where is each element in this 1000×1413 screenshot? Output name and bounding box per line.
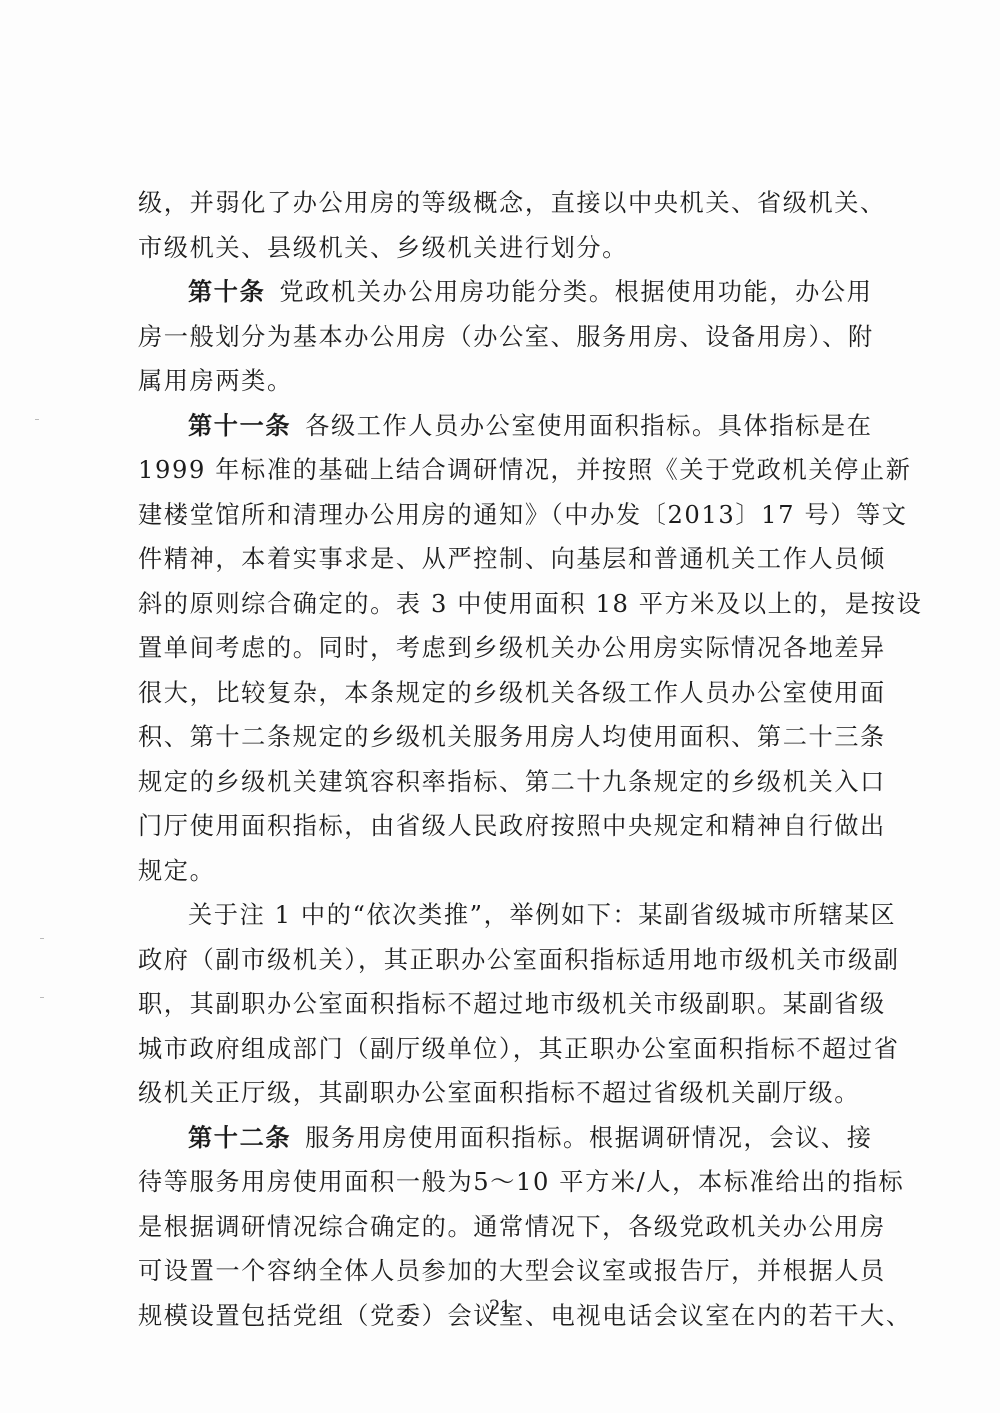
text-line: 待等服务用房使用面积一般为5～10 平方米/人，本标准给出的指标	[138, 1160, 864, 1205]
text-span: 服务用房使用面积指标。根据调研情况，会议、接	[305, 1124, 872, 1152]
text-line: 房一般划分为基本办公用房（办公室、服务用房、设备用房）、附	[138, 315, 864, 360]
scan-artifact	[40, 938, 44, 939]
text-line: 积、第十二条规定的乡级机关服务用房人均使用面积、第二十三条	[138, 715, 864, 760]
text-line: 规定的乡级机关建筑容积率指标、第二十九条规定的乡级机关入口	[138, 760, 864, 805]
text-line: 可设置一个容纳全体人员参加的大型会议室或报告厅，并根据人员	[138, 1249, 864, 1294]
text-line: 很大，比较复杂，本条规定的乡级机关各级工作人员办公室使用面	[138, 671, 864, 716]
text-span: 各级工作人员办公室使用面积指标。具体指标是在	[305, 412, 872, 440]
text-line: 级，并弱化了办公用房的等级概念，直接以中央机关、省级机关、	[138, 181, 864, 226]
text-line: 件精神，本着实事求是、从严控制、向基层和普通机关工作人员倾	[138, 537, 864, 582]
text-span: 党政机关办公用房功能分类。根据使用功能，办公用	[279, 278, 872, 306]
scan-artifact	[40, 997, 44, 998]
text-line: 城市政府组成部门（副厅级单位），其正职办公室面积指标不超过省	[138, 1027, 864, 1072]
text-line: 1999 年标准的基础上结合调研情况，并按照《关于党政机关停止新	[138, 448, 864, 493]
article-heading: 第十条	[188, 278, 265, 306]
text-line: 市级机关、县级机关、乡级机关进行划分。	[138, 226, 864, 271]
text-line: 关于注 1 中的“依次类推”，举例如下：某副省级城市所辖某区	[138, 893, 864, 938]
text-line: 级机关正厅级，其副职办公室面积指标不超过省级机关副厅级。	[138, 1071, 864, 1116]
text-line: 门厅使用面积指标，由省级人民政府按照中央规定和精神自行做出	[138, 804, 864, 849]
article-heading: 第十一条	[188, 412, 291, 440]
page-number: 21	[0, 1294, 1000, 1320]
text-line: 规定。	[138, 849, 864, 894]
text-line: 斜的原则综合确定的。表 3 中使用面积 18 平方米及以上的，是按设	[138, 582, 864, 627]
text-line: 属用房两类。	[138, 359, 864, 404]
document-page: 级，并弱化了办公用房的等级概念，直接以中央机关、省级机关、 市级机关、县级机关、…	[0, 0, 1000, 1413]
article-heading: 第十二条	[188, 1124, 291, 1152]
text-line: 是根据调研情况综合确定的。通常情况下，各级党政机关办公用房	[138, 1205, 864, 1250]
text-line: 政府（副市级机关），其正职办公室面积指标适用地市级机关市级副	[138, 938, 864, 983]
text-line: 置单间考虑的。同时，考虑到乡级机关办公用房实际情况各地差异	[138, 626, 864, 671]
article-10-line: 第十条党政机关办公用房功能分类。根据使用功能，办公用	[138, 270, 864, 315]
article-12-line: 第十二条服务用房使用面积指标。根据调研情况，会议、接	[138, 1116, 864, 1161]
text-line: 建楼堂馆所和清理办公用房的通知》（中办发〔2013〕17 号）等文	[138, 493, 864, 538]
scan-artifact	[35, 419, 39, 420]
document-body: 级，并弱化了办公用房的等级概念，直接以中央机关、省级机关、 市级机关、县级机关、…	[138, 181, 864, 1338]
article-11-line: 第十一条各级工作人员办公室使用面积指标。具体指标是在	[138, 404, 864, 449]
text-line: 职，其副职办公室面积指标不超过地市级机关市级副职。某副省级	[138, 982, 864, 1027]
